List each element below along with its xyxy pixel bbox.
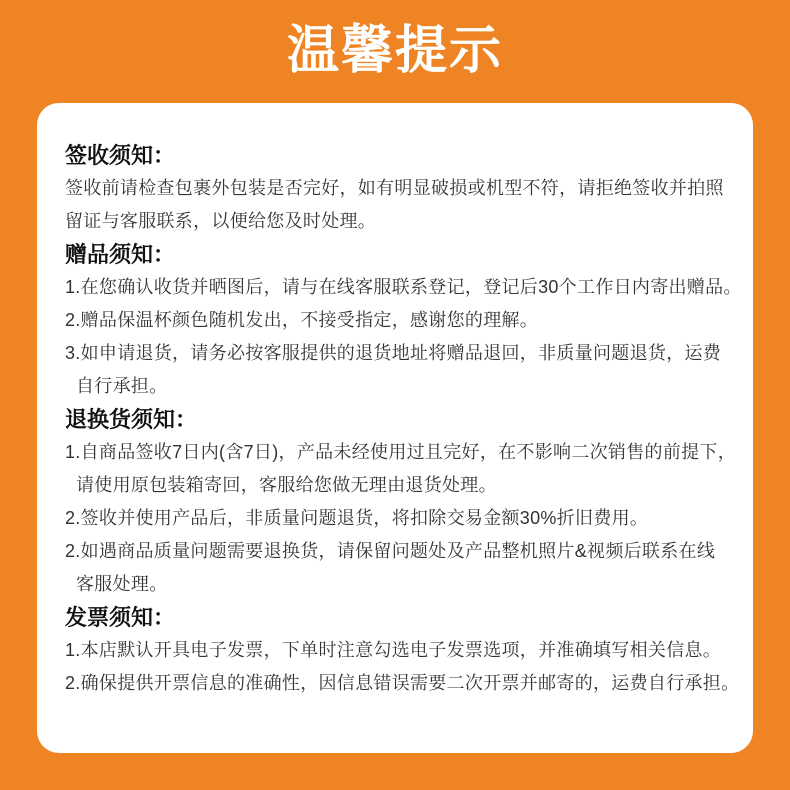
text-line: 2.确保提供开票信息的准确性，因信息错误需要二次开票并邮寄的，运费自行承担。 <box>65 667 727 700</box>
text-line: 留证与客服联系，以便给您及时处理。 <box>65 205 727 238</box>
text-line: 1.在您确认收货并晒图后，请与在线客服联系登记，登记后30个工作日内寄出赠品。 <box>65 271 727 304</box>
section-title-return: 退换货须知： <box>65 403 727 436</box>
text-line: 1.自商品签收7日内(含7日)，产品未经使用过且完好，在不影响二次销售的前提下， <box>65 436 727 469</box>
section-title-invoice: 发票须知： <box>65 601 727 634</box>
page-title: 温馨提示 <box>0 18 790 84</box>
notice-page: 温馨提示 签收须知： 签收前请检查包裹外包装是否完好，如有明显破损或机型不符，请… <box>0 0 790 790</box>
text-line: 2.赠品保温杯颜色随机发出，不接受指定，感谢您的理解。 <box>65 304 727 337</box>
text-line: 签收前请检查包裹外包装是否完好，如有明显破损或机型不符，请拒绝签收并拍照 <box>65 172 727 205</box>
notice-card: 签收须知： 签收前请检查包裹外包装是否完好，如有明显破损或机型不符，请拒绝签收并… <box>37 103 753 753</box>
text-line: 2.签收并使用产品后，非质量问题退货，将扣除交易金额30%折旧费用。 <box>65 502 727 535</box>
text-line: 1.本店默认开具电子发票，下单时注意勾选电子发票选项，并准确填写相关信息。 <box>65 634 727 667</box>
section-title-gift: 赠品须知： <box>65 238 727 271</box>
text-line: 自行承担。 <box>65 370 727 403</box>
text-line: 请使用原包装箱寄回，客服给您做无理由退货处理。 <box>65 469 727 502</box>
text-line: 客服处理。 <box>65 568 727 601</box>
text-line: 2.如遇商品质量问题需要退换货，请保留问题处及产品整机照片&视频后联系在线 <box>65 535 727 568</box>
section-title-receipt: 签收须知： <box>65 139 727 172</box>
text-line: 3.如申请退货，请务必按客服提供的退货地址将赠品退回，非质量问题退货，运费 <box>65 337 727 370</box>
